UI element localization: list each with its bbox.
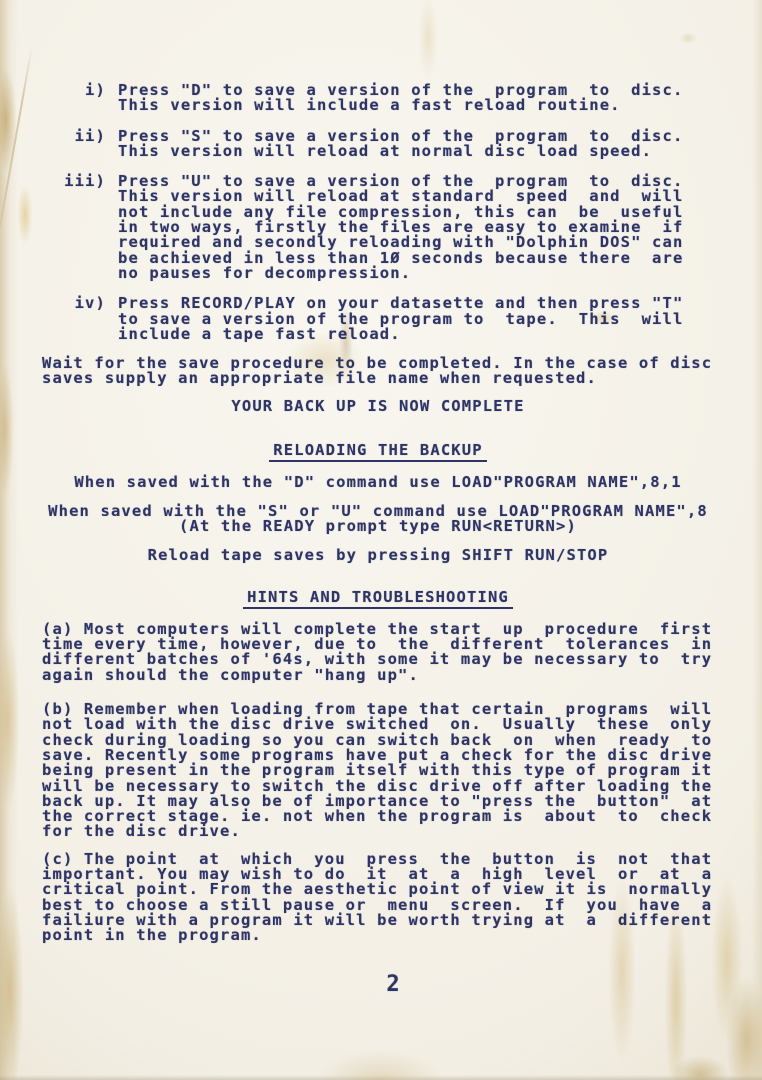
reloading-section-heading: RELOADING THE BACKUP xyxy=(42,443,714,462)
step-marker: i) xyxy=(42,83,106,114)
scanned-manual-page: i) Press "D" to save a version of the pr… xyxy=(0,0,762,1080)
hints-section-heading: HINTS AND TROUBLESHOOTING xyxy=(42,590,714,609)
step-text: Press RECORD/PLAY on your datasette and … xyxy=(118,296,683,342)
page-number: 2 xyxy=(42,973,714,997)
step-text: Press "D" to save a version of the progr… xyxy=(118,83,683,114)
hints-heading-text: HINTS AND TROUBLESHOOTING xyxy=(243,590,513,609)
save-step-iii: iii) Press "U" to save a version of the … xyxy=(42,174,714,281)
tape-reload-note: Reload tape saves by pressing SHIFT RUN/… xyxy=(42,548,714,563)
hint-paragraph-a: (a) Most computers will complete the sta… xyxy=(42,622,714,683)
paper-crease xyxy=(0,43,33,240)
ready-prompt-note: (At the READY prompt type RUN<RETURN>) xyxy=(42,519,714,534)
wait-for-save-paragraph: Wait for the save procedure to be comple… xyxy=(42,356,714,387)
step-marker: ii) xyxy=(42,129,106,160)
step-marker: iv) xyxy=(42,296,106,342)
hint-paragraph-b: (b) Remember when loading from tape that… xyxy=(42,702,714,840)
hint-paragraph-c: (c) The point at which you press the but… xyxy=(42,852,714,944)
step-marker: iii) xyxy=(42,174,106,281)
step-text: Press "U" to save a version of the progr… xyxy=(118,174,683,281)
backup-complete-line: YOUR BACK UP IS NOW COMPLETE xyxy=(42,399,714,414)
step-text: Press "S" to save a version of the progr… xyxy=(118,129,683,160)
reloading-heading-text: RELOADING THE BACKUP xyxy=(269,443,486,462)
save-step-ii: ii) Press "S" to save a version of the p… xyxy=(42,129,714,160)
save-step-iv: iv) Press RECORD/PLAY on your datasette … xyxy=(42,296,714,342)
load-d-command-line: When saved with the "D" command use LOAD… xyxy=(42,475,714,490)
save-step-i: i) Press "D" to save a version of the pr… xyxy=(42,83,714,114)
